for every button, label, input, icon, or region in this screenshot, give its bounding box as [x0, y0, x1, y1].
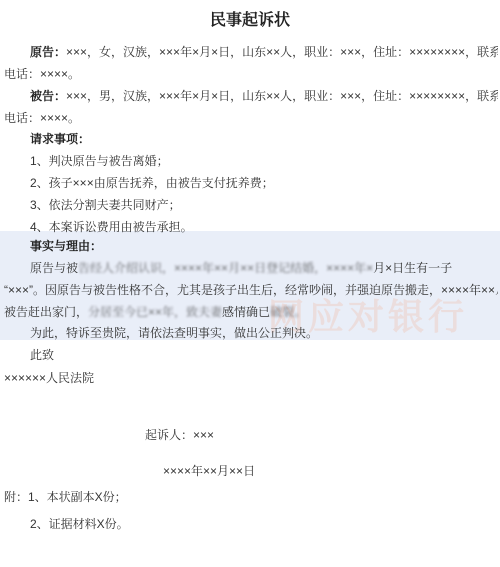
defendant-line-1: 被告：×××，男，汉族，×××年×月×日，山东××人，职业：×××，住址：×××… — [4, 88, 498, 104]
facts-line1-seg3: 月×日生有一子 — [373, 261, 452, 275]
facts-conclusion: 为此，特诉至贵院，请依法查明事实，做出公正判决。 — [4, 325, 498, 341]
document-title: 民事起诉状 — [0, 7, 500, 30]
facts-line3-seg1: 被告赶出家门， — [4, 305, 88, 319]
facts-line1-blurred-seg: 告经人介绍认识，××××年××月××日登记结婚，××××年× — [78, 261, 373, 275]
defendant-info: ×××，男，汉族，×××年×月×日，山东××人，职业：×××，住址：××××××… — [66, 89, 498, 103]
closing-salute: 此致 — [4, 347, 498, 363]
claims-heading: 请求事项： — [4, 131, 498, 147]
facts-line-1: 原告与被告经人介绍认识，××××年××月××日登记结婚，××××年×月×日生有一… — [4, 260, 498, 276]
claim-item-4: 4、本案诉讼费用由被告承担。 — [4, 219, 498, 235]
plaintiff-info: ×××，女，汉族，×××年×月×日，山东××人，职业：×××，住址：××××××… — [66, 45, 498, 59]
facts-line3-seg3: 感情确已 — [222, 305, 270, 319]
facts-line-2: “×××”。因原告与被告性格不合，尤其是孩子出生后，经常吵闹，并强迫原告搬走，×… — [4, 282, 498, 298]
signature-filer: 起诉人：××× — [145, 427, 498, 443]
plaintiff-line-2: 电话：××××。 — [4, 66, 498, 82]
facts-line1-seg1: 原告与被 — [30, 261, 78, 275]
plaintiff-label: 原告： — [30, 45, 66, 59]
signature-date: ××××年××月××日 — [163, 463, 498, 479]
claim-item-2: 2、孩子×××由原告抚养，由被告支付抚养费； — [4, 175, 498, 191]
facts-line3-blurred-seg: 分居至今已××年，致夫妻 — [88, 305, 222, 319]
civil-complaint-document: 网应对银行 民事起诉状 原告：×××，女，汉族，×××年×月×日，山东××人，职… — [0, 0, 500, 567]
defendant-line-2: 电话：××××。 — [4, 110, 498, 126]
closing-court: ××××××人民法院 — [4, 370, 498, 386]
claim-item-1: 1、判决原告与被告离婚； — [4, 153, 498, 169]
claim-item-3: 3、依法分割夫妻共同财产； — [4, 197, 498, 213]
facts-heading: 事实与理由： — [4, 238, 498, 254]
facts-line-3: 被告赶出家门，分居至今已××年，致夫妻感情确已破裂。 — [4, 304, 498, 320]
defendant-label: 被告： — [30, 89, 66, 103]
attachment-line-1: 附：1、本状副本X份； — [4, 489, 498, 505]
plaintiff-line-1: 原告：×××，女，汉族，×××年×月×日，山东××人，职业：×××，住址：×××… — [4, 44, 498, 60]
facts-line3-blurred-end: 破裂。 — [270, 305, 306, 319]
attachment-line-2: 2、证据材料X份。 — [30, 516, 498, 532]
